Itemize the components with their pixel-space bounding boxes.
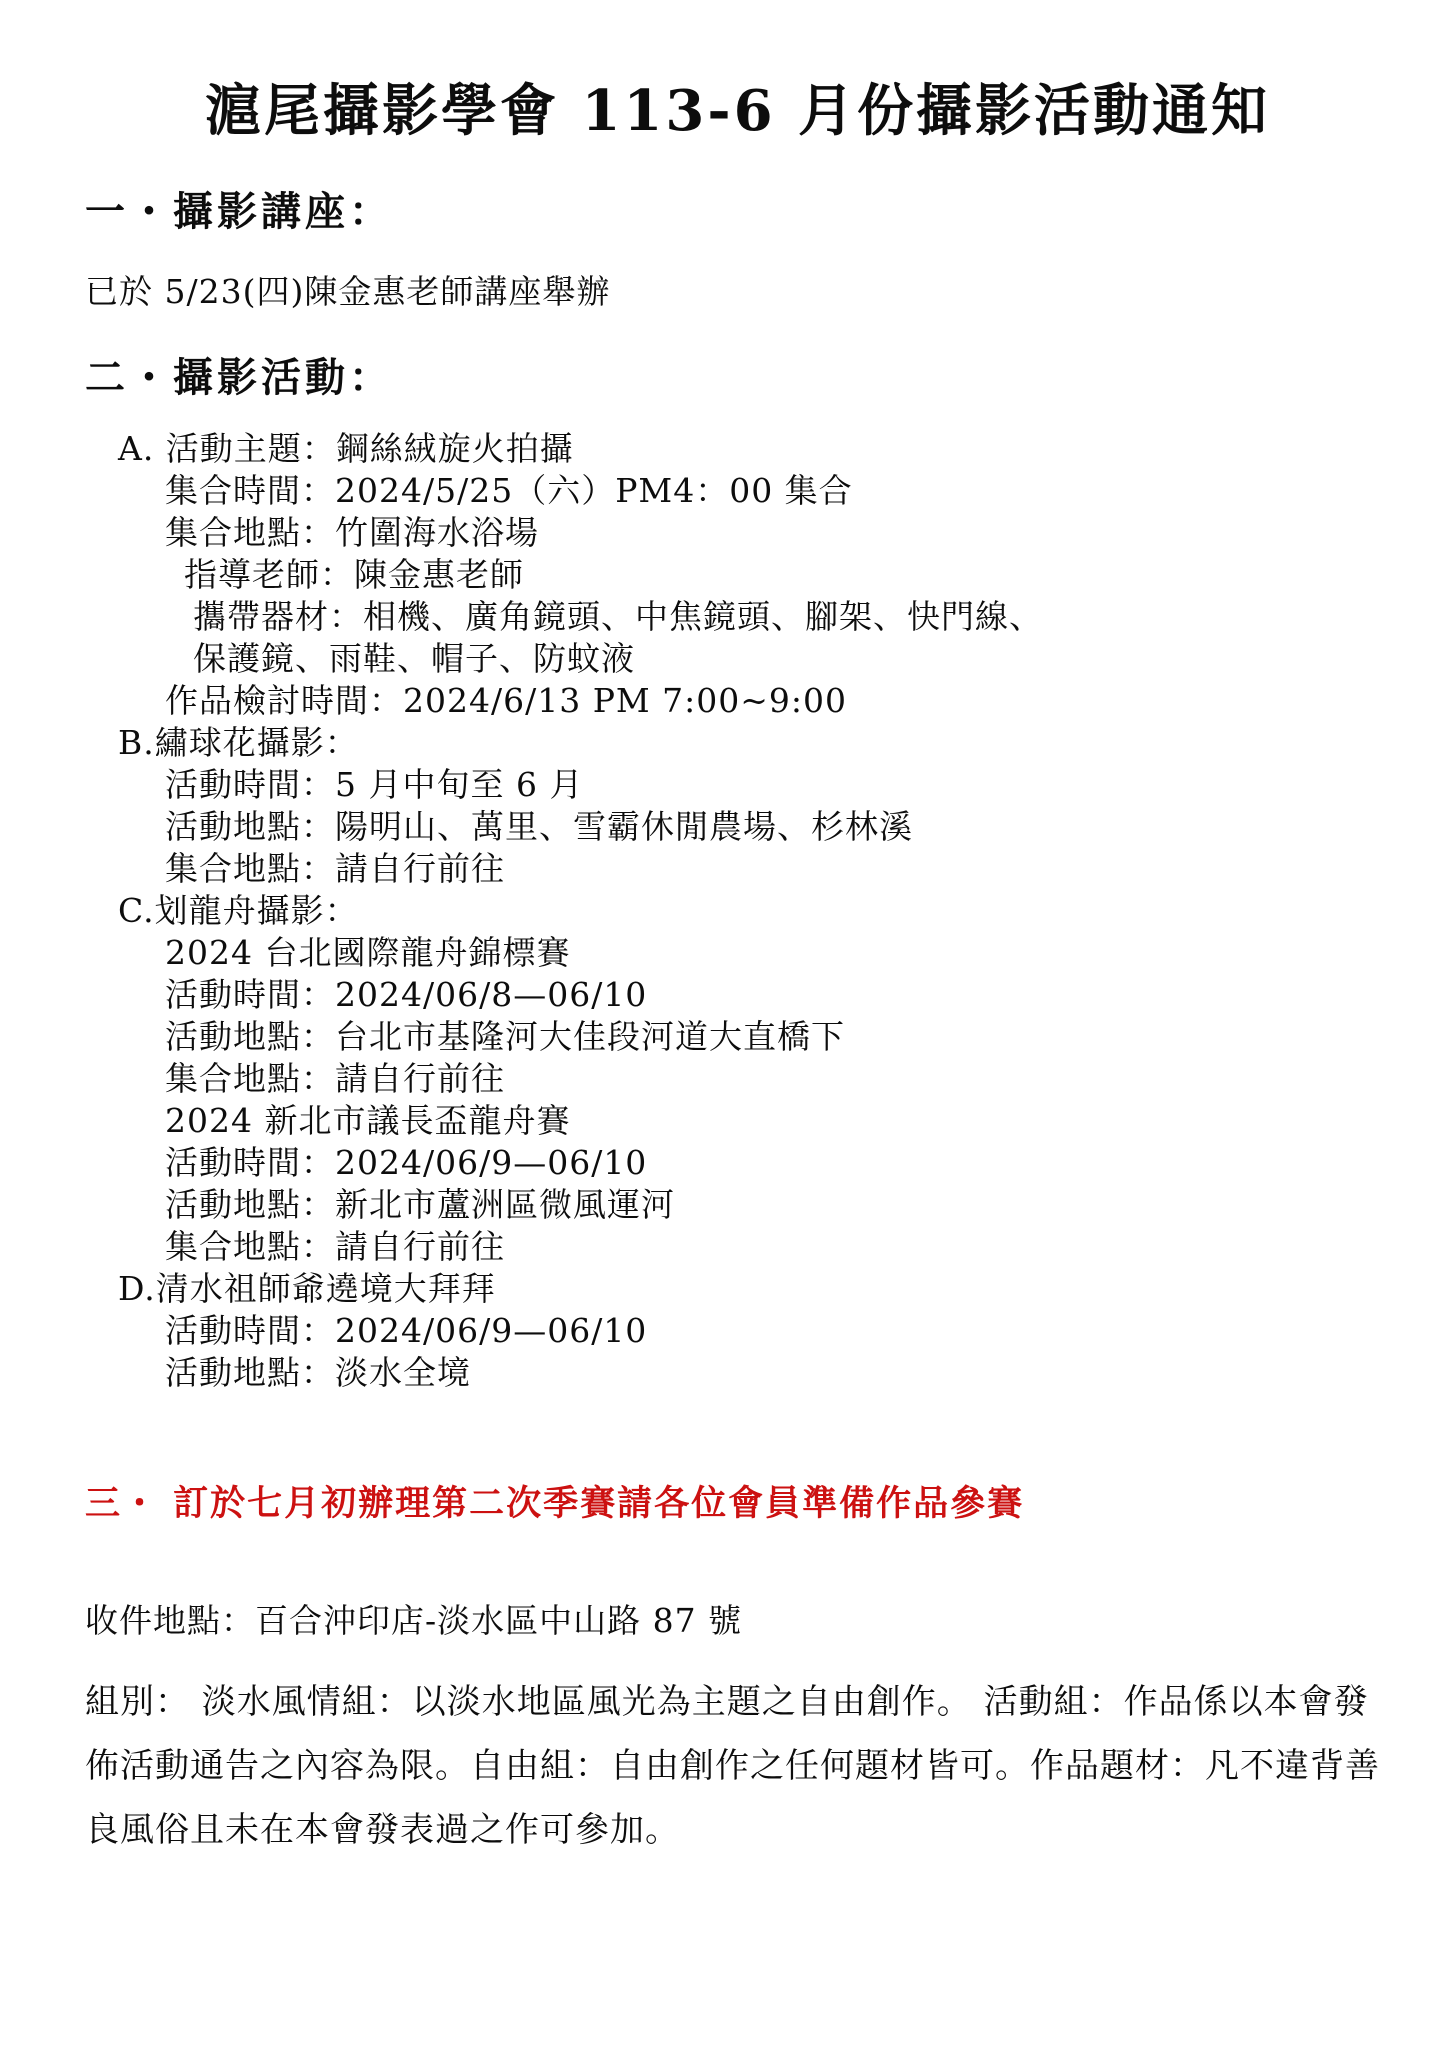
activity-line: 集合地點：竹圍海水浴場 xyxy=(85,512,1390,554)
activity-line: 活動地點：新北市蘆洲區微風運河 xyxy=(85,1184,1390,1226)
activity-line: 活動時間：2024/06/8—06/10 xyxy=(85,974,1390,1016)
lecture-note: 已於 5/23(四)陳金惠老師講座舉辦 xyxy=(85,272,1390,312)
activity-line: 集合地點：請自行前往 xyxy=(85,1058,1390,1100)
activity-line: 活動時間：5 月中旬至 6 月 xyxy=(85,764,1390,806)
activity-line: B.繡球花攝影： xyxy=(85,722,1390,764)
activity-line: 集合地點：請自行前往 xyxy=(85,848,1390,890)
activity-line: 活動時間：2024/06/9—06/10 xyxy=(85,1310,1390,1352)
activity-line: 集合地點：請自行前往 xyxy=(85,1226,1390,1268)
activity-list: A. 活動主題：鋼絲絨旋火拍攝 集合時間：2024/5/25（六）PM4：00 … xyxy=(85,428,1390,1394)
activity-line: 活動地點：台北市基隆河大佳段河道大直橋下 xyxy=(85,1016,1390,1058)
activity-line: 2024 新北市議長盃龍舟賽 xyxy=(85,1100,1390,1142)
activity-line: 攜帶器材：相機、廣角鏡頭、中焦鏡頭、腳架、快門線、 xyxy=(85,596,1390,638)
delivery-address: 收件地點：百合沖印店-淡水區中山路 87 號 xyxy=(85,1600,1390,1642)
activity-line: 指導老師：陳金惠老師 xyxy=(85,554,1390,596)
activity-line: 作品檢討時間：2024/6/13 PM 7:00~9:00 xyxy=(85,680,1390,722)
activity-line: 活動時間：2024/06/9—06/10 xyxy=(85,1142,1390,1184)
activity-line: 活動地點：淡水全境 xyxy=(85,1352,1390,1394)
activity-line: 保護鏡、雨鞋、帽子、防蚊液 xyxy=(85,638,1390,680)
document-page: 滬尾攝影學會 113-6 月份攝影活動通知 一・攝影講座： 已於 5/23(四)… xyxy=(0,0,1448,2048)
activity-line: A. 活動主題：鋼絲絨旋火拍攝 xyxy=(85,428,1390,470)
group-rules: 組別： 淡水風情組：以淡水地區風光為主題之自由創作。 活動組：作品係以本會發佈活… xyxy=(85,1670,1390,1862)
document-title: 滬尾攝影學會 113-6 月份攝影活動通知 xyxy=(85,78,1390,144)
section-1-heading: 一・攝影講座： xyxy=(85,188,1390,236)
section-2-heading: 二・攝影活動： xyxy=(85,354,1390,402)
activity-line: 活動地點：陽明山、萬里、雪霸休閒農場、杉林溪 xyxy=(85,806,1390,848)
activity-line: 集合時間：2024/5/25（六）PM4：00 集合 xyxy=(85,470,1390,512)
section-3-heading: 三・ 訂於七月初辦理第二次季賽請各位會員準備作品參賽 xyxy=(85,1482,1390,1526)
activity-line: C.划龍舟攝影： xyxy=(85,890,1390,932)
activity-line: D.清水祖師爺遶境大拜拜 xyxy=(85,1268,1390,1310)
activity-line: 2024 台北國際龍舟錦標賽 xyxy=(85,932,1390,974)
